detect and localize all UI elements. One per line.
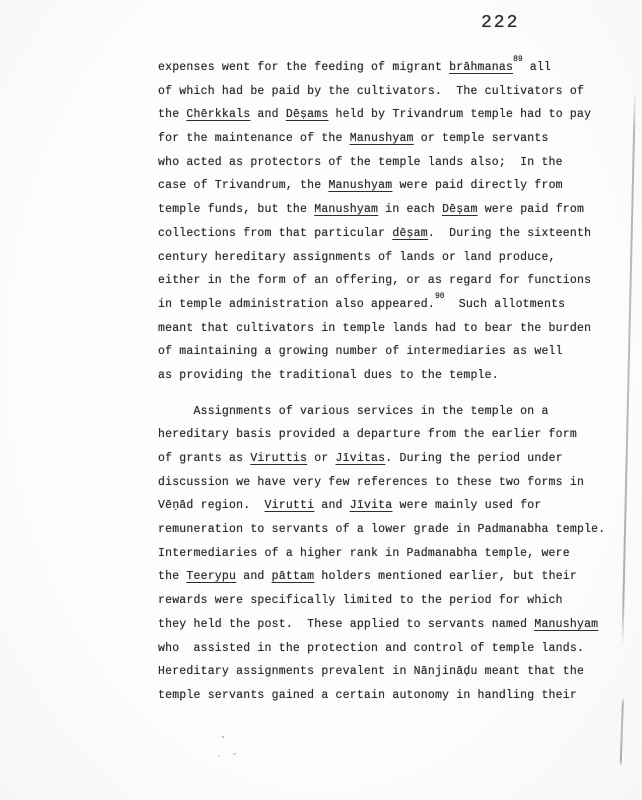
text-line: century hereditary assignments of lands …: [158, 246, 598, 270]
text-segment: . During the sixteenth: [428, 227, 591, 240]
text-segment: in each: [378, 203, 442, 216]
text-line: of which had be paid by the cultivators.…: [158, 80, 598, 104]
text-line: of maintaining a growing number of inter…: [158, 340, 598, 364]
scan-speck: [233, 753, 236, 755]
text-segment: temple funds, but the: [158, 203, 314, 216]
text-line: temple funds, but the Manushyam in each …: [158, 198, 598, 222]
text-line: collections from that particular dēṣam. …: [158, 222, 598, 246]
text-segment: temple servants gained a certain autonom…: [158, 689, 577, 702]
text-segment: for the maintenance of the: [158, 132, 350, 145]
text-segment: all: [523, 61, 551, 74]
underlined-term: Viruttis: [250, 452, 307, 465]
underlined-term: Manushyam: [328, 179, 392, 192]
text-segment: Vēṇād region.: [158, 499, 265, 512]
underlined-term: Jīvitas: [336, 452, 386, 465]
text-line: either in the form of an offering, or as…: [158, 269, 598, 293]
text-segment: the: [158, 108, 186, 121]
text-segment: the: [158, 570, 186, 583]
text-segment: hereditary basis provided a departure fr…: [158, 428, 577, 441]
scanned-document-page: 222 expenses went for the feeding of mig…: [0, 0, 642, 800]
page-body: expenses went for the feeding of migrant…: [158, 56, 598, 708]
page-number: 222: [481, 13, 519, 33]
text-segment: and: [314, 499, 350, 512]
text-line: of grants as Viruttis or Jīvitas. During…: [158, 447, 598, 471]
text-line: they held the post. These applied to ser…: [158, 613, 598, 637]
text-segment: of grants as: [158, 452, 250, 465]
scan-speck: [218, 755, 220, 757]
underlined-term: brāhmanas: [449, 61, 513, 74]
underlined-term: Dēṣam: [442, 203, 478, 216]
text-segment: holders mentioned earlier, but their: [314, 570, 577, 583]
scan-line-artifact-lower: [620, 698, 624, 766]
scan-line-artifact-upper: [621, 90, 635, 646]
text-segment: in temple administration also appeared.: [158, 298, 435, 311]
text-segment: who assisted in the protection and contr…: [158, 642, 584, 655]
text-segment: were paid directly from: [392, 179, 562, 192]
underlined-term: Teerypu: [186, 570, 236, 583]
text-line: for the maintenance of the Manushyam or …: [158, 127, 598, 151]
text-segment: century hereditary assignments of lands …: [158, 251, 556, 264]
underlined-term: Jīvita: [350, 499, 393, 512]
text-segment: expenses went for the feeding of migrant: [158, 61, 449, 74]
text-line: the Chērkkals and Dēṣams held by Trivand…: [158, 103, 598, 127]
text-line: Intermediaries of a higher rank in Padma…: [158, 542, 598, 566]
text-segment: . During the period under: [385, 452, 563, 465]
footnote-marker: 89: [513, 55, 523, 64]
text-segment: rewards were specifically limited to the…: [158, 594, 563, 607]
text-segment: were mainly used for: [392, 499, 541, 512]
text-segment: either in the form of an offering, or as…: [158, 274, 591, 287]
text-segment: of maintaining a growing number of inter…: [158, 345, 563, 358]
text-segment: or: [307, 452, 335, 465]
text-line: remuneration to servants of a lower grad…: [158, 518, 598, 542]
underlined-term: Virutti: [265, 499, 315, 512]
scan-speck: [222, 736, 224, 738]
text-line: Hereditary assignments prevalent in Nānj…: [158, 660, 598, 684]
text-segment: collections from that particular: [158, 227, 392, 240]
text-line: case of Trivandrum, the Manushyam were p…: [158, 174, 598, 198]
text-line: expenses went for the feeding of migrant…: [158, 56, 598, 80]
text-line: meant that cultivators in temple lands h…: [158, 317, 598, 341]
text-line: in temple administration also appeared.9…: [158, 293, 598, 317]
text-line: who acted as protectors of the temple la…: [158, 151, 598, 175]
text-segment: case of Trivandrum, the: [158, 179, 328, 192]
underlined-term: Manushyam: [534, 618, 598, 631]
text-segment: discussion we have very few references t…: [158, 476, 584, 489]
text-segment: and: [236, 570, 272, 583]
text-line: discussion we have very few references t…: [158, 471, 598, 495]
text-segment: Intermediaries of a higher rank in Padma…: [158, 547, 570, 560]
text-segment: of which had be paid by the cultivators.…: [158, 85, 584, 98]
text-line: as providing the traditional dues to the…: [158, 364, 598, 388]
text-line: who assisted in the protection and contr…: [158, 637, 598, 661]
underlined-term: pāttam: [272, 570, 315, 583]
text-line: Vēṇād region. Virutti and Jīvita were ma…: [158, 494, 598, 518]
text-segment: remuneration to servants of a lower grad…: [158, 523, 605, 536]
text-segment: Hereditary assignments prevalent in Nānj…: [158, 665, 584, 678]
text-segment: they held the post. These applied to ser…: [158, 618, 534, 631]
underlined-term: Chērkkals: [186, 108, 250, 121]
text-line: rewards were specifically limited to the…: [158, 589, 598, 613]
underlined-term: Dēṣams: [286, 108, 329, 121]
text-segment: Such allotments: [445, 298, 566, 311]
underlined-term: Manushyam: [314, 203, 378, 216]
text-line: hereditary basis provided a departure fr…: [158, 423, 598, 447]
text-segment: and: [250, 108, 286, 121]
footnote-marker: 90: [435, 292, 445, 301]
text-line: Assignments of various services in the t…: [158, 400, 598, 424]
text-segment: as providing the traditional dues to the…: [158, 369, 499, 382]
text-segment: who acted as protectors of the temple la…: [158, 156, 563, 169]
text-segment: meant that cultivators in temple lands h…: [158, 322, 591, 335]
text-segment: Assignments of various services in the t…: [158, 405, 549, 418]
text-line: temple servants gained a certain autonom…: [158, 684, 598, 708]
text-segment: or temple servants: [414, 132, 549, 145]
text-segment: were paid from: [478, 203, 585, 216]
text-segment: held by Trivandrum temple had to pay: [328, 108, 591, 121]
text-line: the Teerypu and pāttam holders mentioned…: [158, 565, 598, 589]
underlined-term: Manushyam: [350, 132, 414, 145]
underlined-term: dēṣam: [392, 227, 428, 240]
